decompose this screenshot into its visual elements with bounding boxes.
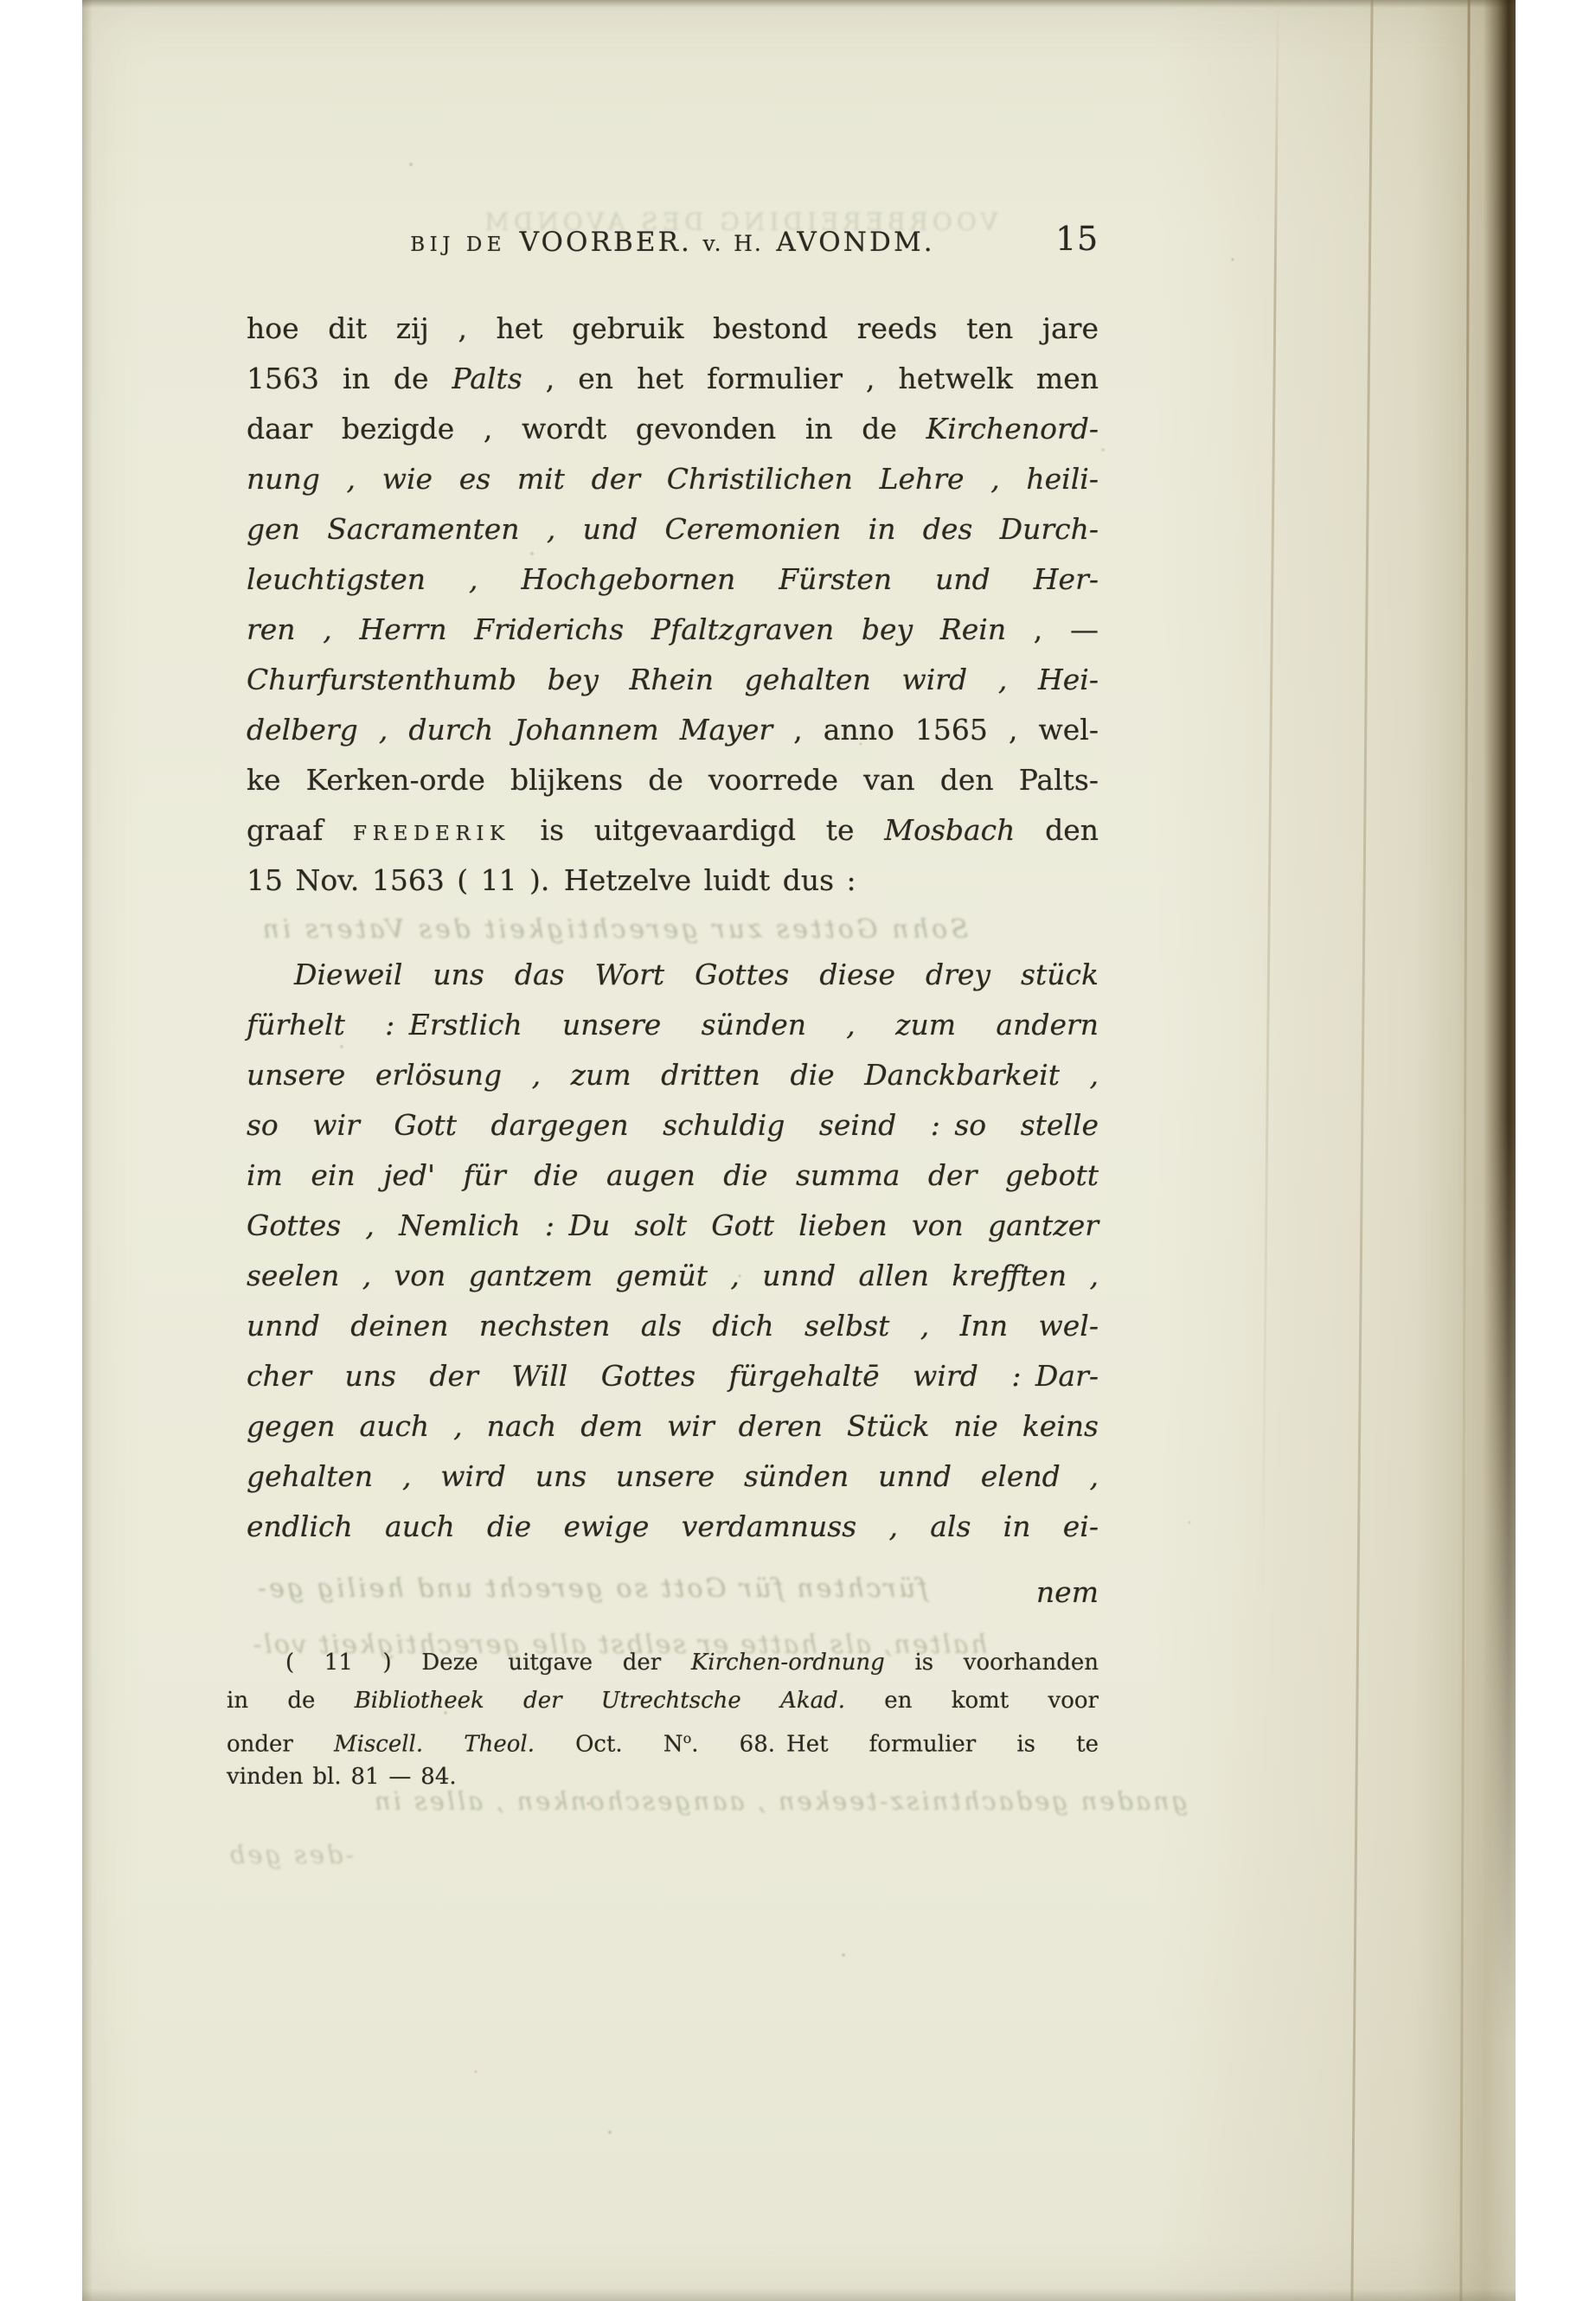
text-segment: . 68. Het formulier is te xyxy=(691,1732,1099,1758)
text-segment: Churfurstenthumb bey Rhein gehalten wird… xyxy=(247,663,1099,696)
text-segment: , anno 1565 , wel- xyxy=(772,713,1099,747)
text-line: leuchtigsten , Hochgebornen Fürsten und … xyxy=(247,554,1099,605)
page-crease xyxy=(1254,0,1279,2301)
bleedthrough-ghost: -des geb xyxy=(227,1843,354,1868)
text-line: unsere erlösung , zum dritten die Danckb… xyxy=(247,1050,1099,1100)
text-segment: fürhelt : Erstlich unsere sünden , zum a… xyxy=(247,1008,1099,1042)
text-segment: vinden bl. 81 — 84. xyxy=(227,1764,457,1790)
text-segment: cher uns der Will Gottes fürgehaltē wird… xyxy=(247,1359,1099,1393)
text-segment: im ein jed' für die augen die summa der … xyxy=(247,1158,1099,1192)
text-segment: Gottes , Nemlich : Du solt Gott lieben v… xyxy=(247,1208,1099,1242)
text-line: ke Kerken-orde blijkens de voorrede van … xyxy=(247,755,1099,805)
body-paragraph-1: hoe dit zij , het gebruik bestond reeds … xyxy=(247,304,1099,906)
text-line: gehalten , wird uns unsere sünden unnd e… xyxy=(247,1452,1099,1502)
text-segment: , — xyxy=(1006,612,1099,646)
text-line: seelen , von gantzem gemüt , unnd allen … xyxy=(247,1251,1099,1301)
bleedthrough-ghost: Sohn Gottes zur gerechtigkeit des Vaters… xyxy=(260,917,968,943)
text-segment: unnd deinen nechsten als dich selbst , I… xyxy=(247,1309,1099,1343)
text-segment: leuchtigsten , Hochgebornen Fürsten und … xyxy=(247,562,1099,596)
header-segment: v. xyxy=(703,231,723,256)
text-segment: ( 11 ) Deze uitgave der xyxy=(285,1650,691,1676)
text-line: hoe dit zij , het gebruik bestond reeds … xyxy=(247,304,1099,354)
text-line: gen Sacramenten , und Ceremonien in des … xyxy=(247,504,1099,554)
text-segment: Palts xyxy=(452,362,522,395)
text-line: nung , wie es mit der Christilichen Lehr… xyxy=(247,454,1099,504)
catchword: nem xyxy=(247,1567,1099,1618)
text-segment: frederik xyxy=(353,813,510,847)
text-line: ren , Herrn Friderichs Pfaltzgraven bey … xyxy=(247,605,1099,655)
text-segment: ren , Herrn Friderichs Pfaltzgraven bey … xyxy=(247,612,1006,646)
text-line: vinden bl. 81 — 84. xyxy=(227,1758,1099,1796)
page-crease xyxy=(1459,0,1470,2301)
text-segment: en komt voor xyxy=(845,1688,1099,1714)
running-header-title: BIJ DEVOORBER.v.H.AVONDM. xyxy=(410,238,935,254)
text-segment: gen Sacramenten , und Ceremonien in des … xyxy=(247,512,1099,546)
text-segment: is voorhanden xyxy=(885,1650,1099,1676)
scanned-book-page: VOORBEREIDING DES AVONDMSohn Gottes zur … xyxy=(0,0,1596,2301)
text-line: 1563 in de Palts , en het formulier , he… xyxy=(247,354,1099,404)
text-line: so wir Gott dargegen schuldig seind : so… xyxy=(247,1100,1099,1150)
text-segment: unsere erlösung , zum dritten die Danckb… xyxy=(247,1058,1099,1092)
text-segment: hoe dit zij , het gebruik bestond reeds … xyxy=(247,311,1099,345)
text-line: gegen auch , nach dem wir deren Stück ni… xyxy=(247,1401,1099,1452)
text-line: fürhelt : Erstlich unsere sünden , zum a… xyxy=(247,1000,1099,1050)
text-segment: so wir Gott dargegen schuldig seind : so… xyxy=(247,1108,1099,1142)
quote-paragraph: Dieweil uns das Wort Gottes diese drey s… xyxy=(247,950,1099,1552)
text-segment: den xyxy=(1015,813,1099,847)
text-line: ( 11 ) Deze uitgave der Kirchen-ordnung … xyxy=(227,1644,1099,1682)
text-segment: Kirchenord- xyxy=(926,412,1099,445)
text-segment: Bibliotheek der Utrechtsche Akad. xyxy=(355,1688,845,1714)
text-line: graaf frederik is uitgevaardigd te Mosba… xyxy=(247,805,1099,856)
page-number: 15 xyxy=(1055,213,1099,265)
text-segment: delberg , durch Johannem Mayer xyxy=(247,713,772,747)
text-line: 15 Nov. 1563 ( 11 ). Hetzelve luidt dus … xyxy=(247,856,1099,906)
text-line: onder Miscell. Theol. Oct. No. 68. Het f… xyxy=(227,1720,1099,1758)
text-segment: 15 Nov. 1563 ( 11 ). Hetzelve luidt dus … xyxy=(247,863,856,897)
text-segment: Mosbach xyxy=(884,813,1015,847)
text-segment: Dieweil uns das Wort Gottes diese drey s… xyxy=(294,958,1099,991)
text-segment: 1563 in de xyxy=(247,362,452,395)
text-line: im ein jed' für die augen die summa der … xyxy=(247,1150,1099,1201)
text-segment: nung , wie es mit der Christilichen Lehr… xyxy=(247,462,1099,496)
text-segment: in de xyxy=(227,1688,355,1714)
text-line: in de Bibliotheek der Utrechtsche Akad. … xyxy=(227,1682,1099,1720)
text-segment: graaf xyxy=(247,813,353,847)
text-line: daar bezigde , wordt gevonden in de Kirc… xyxy=(247,404,1099,454)
text-segment: endlich auch die ewige verdamnuss , als … xyxy=(247,1509,1099,1543)
text-segment: seelen , von gantzem gemüt , unnd allen … xyxy=(247,1259,1099,1292)
text-line: delberg , durch Johannem Mayer , anno 15… xyxy=(247,705,1099,755)
text-segment: gegen auch , nach dem wir deren Stück ni… xyxy=(247,1409,1099,1443)
page-edge-shadow xyxy=(1484,0,1516,2041)
text-segment: gehalten , wird uns unsere sünden unnd e… xyxy=(247,1459,1099,1493)
text-line: Gottes , Nemlich : Du solt Gott lieben v… xyxy=(247,1201,1099,1251)
text-line: unnd deinen nechsten als dich selbst , I… xyxy=(247,1301,1099,1351)
header-segment: H. xyxy=(734,231,763,256)
page-crease xyxy=(1350,0,1373,2301)
footnote: ( 11 ) Deze uitgave der Kirchen-ordnung … xyxy=(227,1644,1099,1796)
header-segment: VOORBER. xyxy=(520,227,692,258)
text-line: Churfurstenthumb bey Rhein gehalten wird… xyxy=(247,655,1099,705)
text-segment: Kirchen-ordnung xyxy=(691,1650,885,1676)
header-segment: BIJ DE xyxy=(410,234,506,256)
text-segment: ke Kerken-orde blijkens de voorrede van … xyxy=(247,763,1099,797)
text-segment: is uitgevaardigd te xyxy=(510,813,884,847)
text-segment: , en het formulier , hetwelk men xyxy=(522,362,1099,395)
running-header: BIJ DEVOORBER.v.H.AVONDM. 15 xyxy=(247,216,1099,268)
text-segment: daar bezigde , wordt gevonden in de xyxy=(247,412,926,445)
header-segment: AVONDM. xyxy=(776,227,934,258)
text-line: endlich auch die ewige verdamnuss , als … xyxy=(247,1502,1099,1552)
text-segment: Oct. N xyxy=(535,1732,683,1758)
text-segment: Miscell. Theol. xyxy=(334,1732,535,1758)
text-segment: o xyxy=(683,1730,692,1747)
text-segment: onder xyxy=(227,1732,334,1758)
text-line: cher uns der Will Gottes fürgehaltē wird… xyxy=(247,1351,1099,1401)
text-line: Dieweil uns das Wort Gottes diese drey s… xyxy=(247,950,1099,1000)
